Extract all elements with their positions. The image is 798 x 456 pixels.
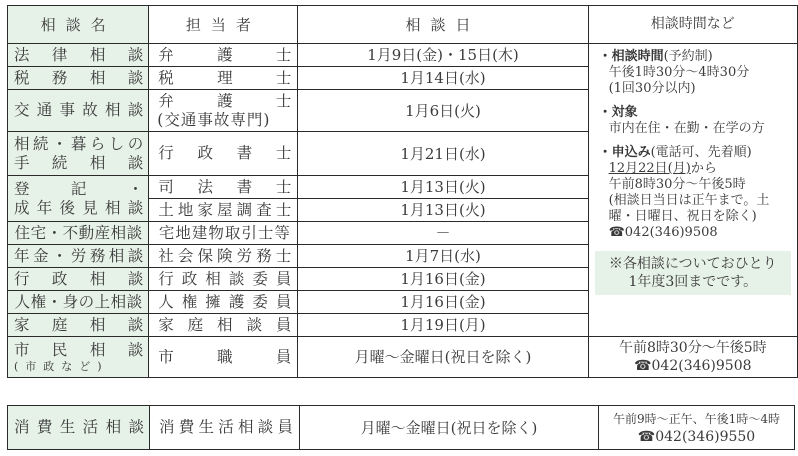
- time-value: 午後1時30分～4時30分: [599, 65, 791, 81]
- consumer-consultation-hours: 午前9時～正午、午後1時～4時: [599, 410, 794, 428]
- staff-specialty: (交通事故専門): [149, 111, 297, 130]
- staff: 宅地建物取引士等: [149, 224, 297, 243]
- consultation-name-sub: (市政など): [8, 360, 148, 373]
- apply-start-date: 12月22日(月): [609, 161, 691, 176]
- citizen-consultation-phone: ☎042(346)9508: [589, 357, 797, 375]
- consultation-date: 1月9日(金)・15日(木): [298, 44, 588, 67]
- consumer-consultation-phone: ☎042(346)9550: [599, 428, 794, 446]
- staff: 行政相談委員: [149, 270, 297, 289]
- staff: 司法書士: [149, 178, 297, 197]
- consultation-name: 住宅・不動産相談: [8, 224, 148, 243]
- consultation-name: 行政相談: [8, 270, 148, 289]
- consultation-name: 税務相談: [8, 69, 148, 88]
- table-row: 消費生活相談 消費生活相談員 月曜～金曜日(祝日を除く) 午前9時～正午、午後1…: [8, 406, 795, 450]
- staff: 人権擁護委員: [149, 293, 297, 312]
- header-time: 相談時間など: [588, 6, 797, 44]
- staff: 税理士: [149, 69, 297, 88]
- consultation-name-line2: 成年後見相談: [8, 199, 148, 218]
- header-consultation-name: 相談名: [8, 6, 149, 44]
- apply-hours-note: (相談日当日は正午まで。土曜・日曜日、祝日を除く): [599, 193, 791, 225]
- consultation-name: 交通事故相談: [8, 101, 148, 120]
- consultation-name-line1: 登記・: [8, 180, 148, 199]
- time-title: ・相談時間: [599, 49, 664, 64]
- consumer-consultation-table: 消費生活相談 消費生活相談員 月曜～金曜日(祝日を除く) 午前9時～正午、午後1…: [7, 405, 795, 450]
- consultation-date: 1月7日(水): [298, 245, 588, 268]
- table-header-row: 相談名 担当者 相談日 相談時間など: [8, 6, 798, 44]
- consultation-name: 消費生活相談: [8, 418, 149, 437]
- consultation-date: 1月6日(火): [298, 90, 588, 132]
- consultation-name: 法律相談: [8, 46, 148, 65]
- consultation-date: －: [298, 222, 588, 245]
- consultation-date: 月曜～金曜日(祝日を除く): [298, 337, 588, 378]
- target-value: 市内在住・在勤・在学の方: [599, 121, 791, 137]
- table-row: 法律相談 弁護士 1月9日(金)・15日(木) ・相談時間(予約制) 午後1時3…: [8, 44, 798, 67]
- consultation-name: 年金・労務相談: [8, 247, 148, 266]
- apply-title: ・申込み: [599, 145, 651, 160]
- consultation-name: 人権・身の上相談: [8, 293, 148, 312]
- apply-hours: 午前8時30分～午後5時: [599, 177, 791, 193]
- consultation-date: 1月19日(月): [298, 314, 588, 337]
- staff: 家庭相談員: [149, 316, 297, 335]
- notice-box: ※各相談についておひとり 1年度3回までです。: [595, 251, 791, 295]
- staff: 土地家屋調査士: [149, 201, 297, 220]
- citizen-consultation-hours: 午前8時30分～午後5時: [589, 339, 797, 357]
- consultation-date: 1月13日(火): [298, 199, 588, 222]
- consultation-info: ・相談時間(予約制) 午後1時30分～4時30分 (1回30分以内) ・対象 市…: [588, 44, 797, 337]
- staff: 弁護士: [149, 46, 297, 65]
- consultation-name: 市民相談: [8, 341, 148, 360]
- consultation-date: 1月13日(火): [298, 176, 588, 199]
- consultation-name: 家庭相談: [8, 316, 148, 335]
- consultation-date: 月曜～金曜日(祝日を除く): [300, 406, 599, 450]
- consultation-table: 相談名 担当者 相談日 相談時間など 法律相談 弁護士 1月9日(金)・15日(…: [7, 5, 798, 378]
- time-limit: (1回30分以内): [599, 81, 791, 97]
- consultation-name-line1: 相続・暮らしの: [8, 135, 148, 154]
- consultation-date: 1月21日(水): [298, 132, 588, 176]
- consultation-date: 1月16日(金): [298, 268, 588, 291]
- consultation-date: 1月14日(水): [298, 67, 588, 90]
- target-title: ・対象: [599, 105, 791, 121]
- staff: 行政書士: [149, 144, 297, 163]
- staff: 弁護士: [149, 92, 297, 111]
- staff: 市職員: [149, 348, 297, 367]
- staff: 消費生活相談員: [150, 418, 299, 437]
- consultation-name-line2: 手続相談: [8, 154, 148, 173]
- table-row: 市民相談 (市政など) 市職員 月曜～金曜日(祝日を除く) 午前8時30分～午後…: [8, 337, 798, 378]
- apply-phone: ☎042(346)9508: [599, 225, 791, 241]
- consultation-date: 1月16日(金): [298, 291, 588, 314]
- header-date: 相談日: [298, 6, 588, 44]
- staff: 社会保険労務士: [149, 247, 297, 266]
- header-staff: 担当者: [149, 6, 298, 44]
